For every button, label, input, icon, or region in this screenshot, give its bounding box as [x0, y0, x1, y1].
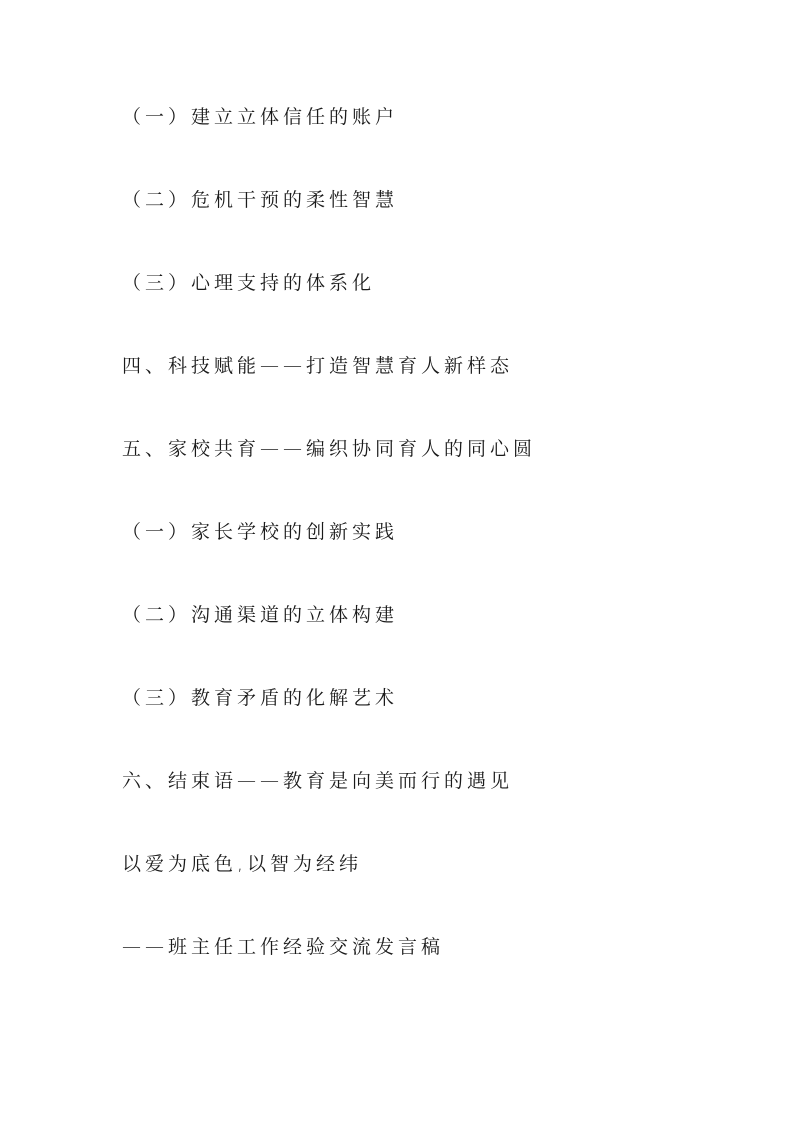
outline-section-5: 五、家校共育——编织协同育人的同心圆	[122, 437, 536, 461]
outline-item-sub-1-3: （三）心理支持的体系化	[122, 271, 375, 295]
outline-item-sub-5-2: （二）沟通渠道的立体构建	[122, 603, 398, 627]
document-title: 以爱为底色,以智为经纬	[122, 852, 362, 876]
document-page: （一）建立立体信任的账户 （二）危机干预的柔性智慧 （三）心理支持的体系化 四、…	[0, 0, 793, 1122]
outline-item-sub-1-1: （一）建立立体信任的账户	[122, 105, 398, 129]
outline-item-sub-1-2: （二）危机干预的柔性智慧	[122, 188, 398, 212]
outline-section-4: 四、科技赋能——打造智慧育人新样态	[122, 354, 513, 378]
outline-item-sub-5-3: （三）教育矛盾的化解艺术	[122, 686, 398, 710]
document-subtitle: ——班主任工作经验交流发言稿	[122, 935, 444, 959]
outline-section-6: 六、结束语——教育是向美而行的遇见	[122, 769, 513, 793]
outline-item-sub-5-1: （一）家长学校的创新实践	[122, 520, 398, 544]
